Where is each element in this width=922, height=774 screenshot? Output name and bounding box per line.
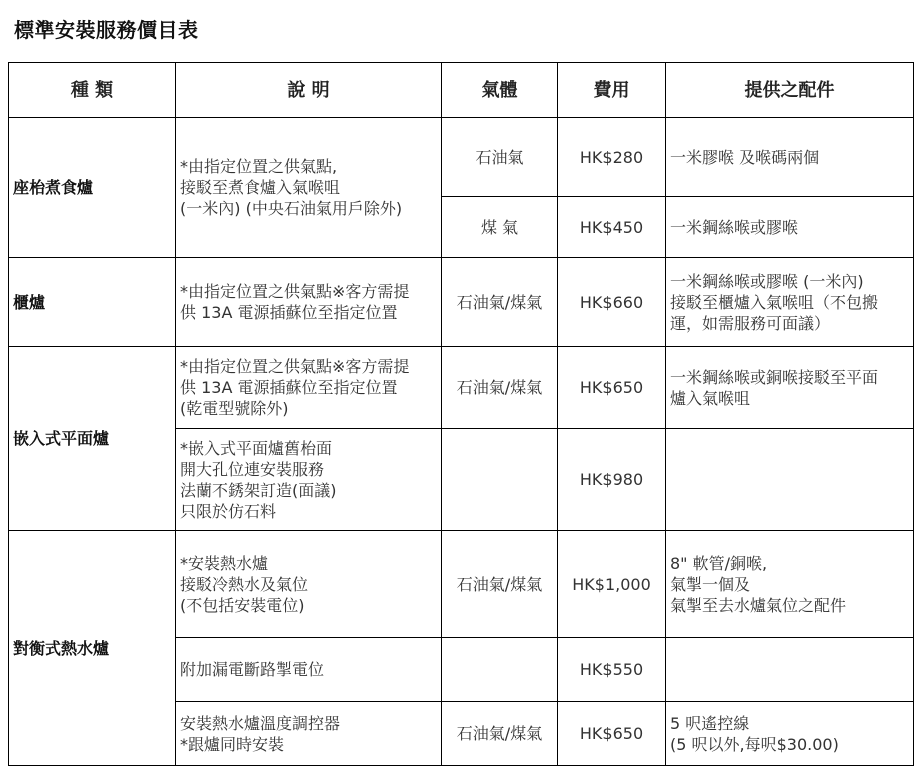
fee-cell: HK$650 — [558, 347, 666, 429]
category-cell: 座枱煮食爐 — [9, 118, 176, 258]
table-row: 對衡式熱水爐 *安裝熱水爐 接駁冷熱水及氣位 (不包括安裝電位) 石油氣/煤氣 … — [9, 531, 914, 638]
fee-cell: HK$450 — [558, 197, 666, 258]
gas-cell — [442, 638, 558, 702]
accessories-cell: 一米鋼絲喉或膠喉 — [666, 197, 914, 258]
accessories-cell: 一米膠喉 及喉碼兩個 — [666, 118, 914, 197]
header-accessories: 提供之配件 — [666, 63, 914, 118]
accessories-cell: 8" 軟管/銅喉, 氣掣一個及 氣掣至去水爐氣位之配件 — [666, 531, 914, 638]
header-row: 種 類 說 明 氣體 費用 提供之配件 — [9, 63, 914, 118]
header-fee: 費用 — [558, 63, 666, 118]
accessories-cell: 一米鋼絲喉或銅喉接駁至平面 爐入氣喉咀 — [666, 347, 914, 429]
header-description: 說 明 — [176, 63, 442, 118]
category-cell: 櫃爐 — [9, 258, 176, 347]
gas-cell — [442, 429, 558, 531]
gas-cell: 石油氣 — [442, 118, 558, 197]
accessories-cell: 5 呎遙控線 (5 呎以外,每呎$30.00) — [666, 702, 914, 766]
description-cell: 附加漏電斷路掣電位 — [176, 638, 442, 702]
category-cell: 嵌入式平面爐 — [9, 347, 176, 531]
page-title: 標準安裝服務價目表 — [14, 14, 199, 43]
fee-cell: HK$650 — [558, 702, 666, 766]
table-row: 嵌入式平面爐 *由指定位置之供氣點※客方需提 供 13A 電源插蘇位至指定位置 … — [9, 347, 914, 429]
fee-cell: HK$660 — [558, 258, 666, 347]
description-cell: *由指定位置之供氣點, 接駁至煮食爐入氣喉咀 (一米內) (中央石油氣用戶除外) — [176, 118, 442, 258]
gas-cell: 煤 氣 — [442, 197, 558, 258]
description-cell: *安裝熱水爐 接駁冷熱水及氣位 (不包括安裝電位) — [176, 531, 442, 638]
description-cell: *由指定位置之供氣點※客方需提 供 13A 電源插蘇位至指定位置 — [176, 258, 442, 347]
fee-cell: HK$280 — [558, 118, 666, 197]
description-cell: *由指定位置之供氣點※客方需提 供 13A 電源插蘇位至指定位置 (乾電型號除外… — [176, 347, 442, 429]
accessories-cell: 一米鋼絲喉或膠喉 (一米內) 接駁至櫃爐入氣喉咀（不包搬 運，如需服務可面議） — [666, 258, 914, 347]
table-row: 櫃爐 *由指定位置之供氣點※客方需提 供 13A 電源插蘇位至指定位置 石油氣/… — [9, 258, 914, 347]
header-category: 種 類 — [9, 63, 176, 118]
gas-cell: 石油氣/煤氣 — [442, 258, 558, 347]
category-cell: 對衡式熱水爐 — [9, 531, 176, 766]
gas-cell: 石油氣/煤氣 — [442, 702, 558, 766]
fee-cell: HK$980 — [558, 429, 666, 531]
fee-cell: HK$1,000 — [558, 531, 666, 638]
header-gas: 氣體 — [442, 63, 558, 118]
description-cell: *嵌入式平面爐舊枱面 開大孔位連安裝服務 法蘭不銹架訂造(面議) 只限於仿石料 — [176, 429, 442, 531]
price-table: 種 類 說 明 氣體 費用 提供之配件 座枱煮食爐 *由指定位置之供氣點, 接駁… — [8, 62, 914, 766]
accessories-cell — [666, 638, 914, 702]
gas-cell: 石油氣/煤氣 — [442, 531, 558, 638]
fee-cell: HK$550 — [558, 638, 666, 702]
gas-cell: 石油氣/煤氣 — [442, 347, 558, 429]
description-cell: 安裝熱水爐溫度調控器 *跟爐同時安裝 — [176, 702, 442, 766]
table-row: 座枱煮食爐 *由指定位置之供氣點, 接駁至煮食爐入氣喉咀 (一米內) (中央石油… — [9, 118, 914, 197]
accessories-cell — [666, 429, 914, 531]
